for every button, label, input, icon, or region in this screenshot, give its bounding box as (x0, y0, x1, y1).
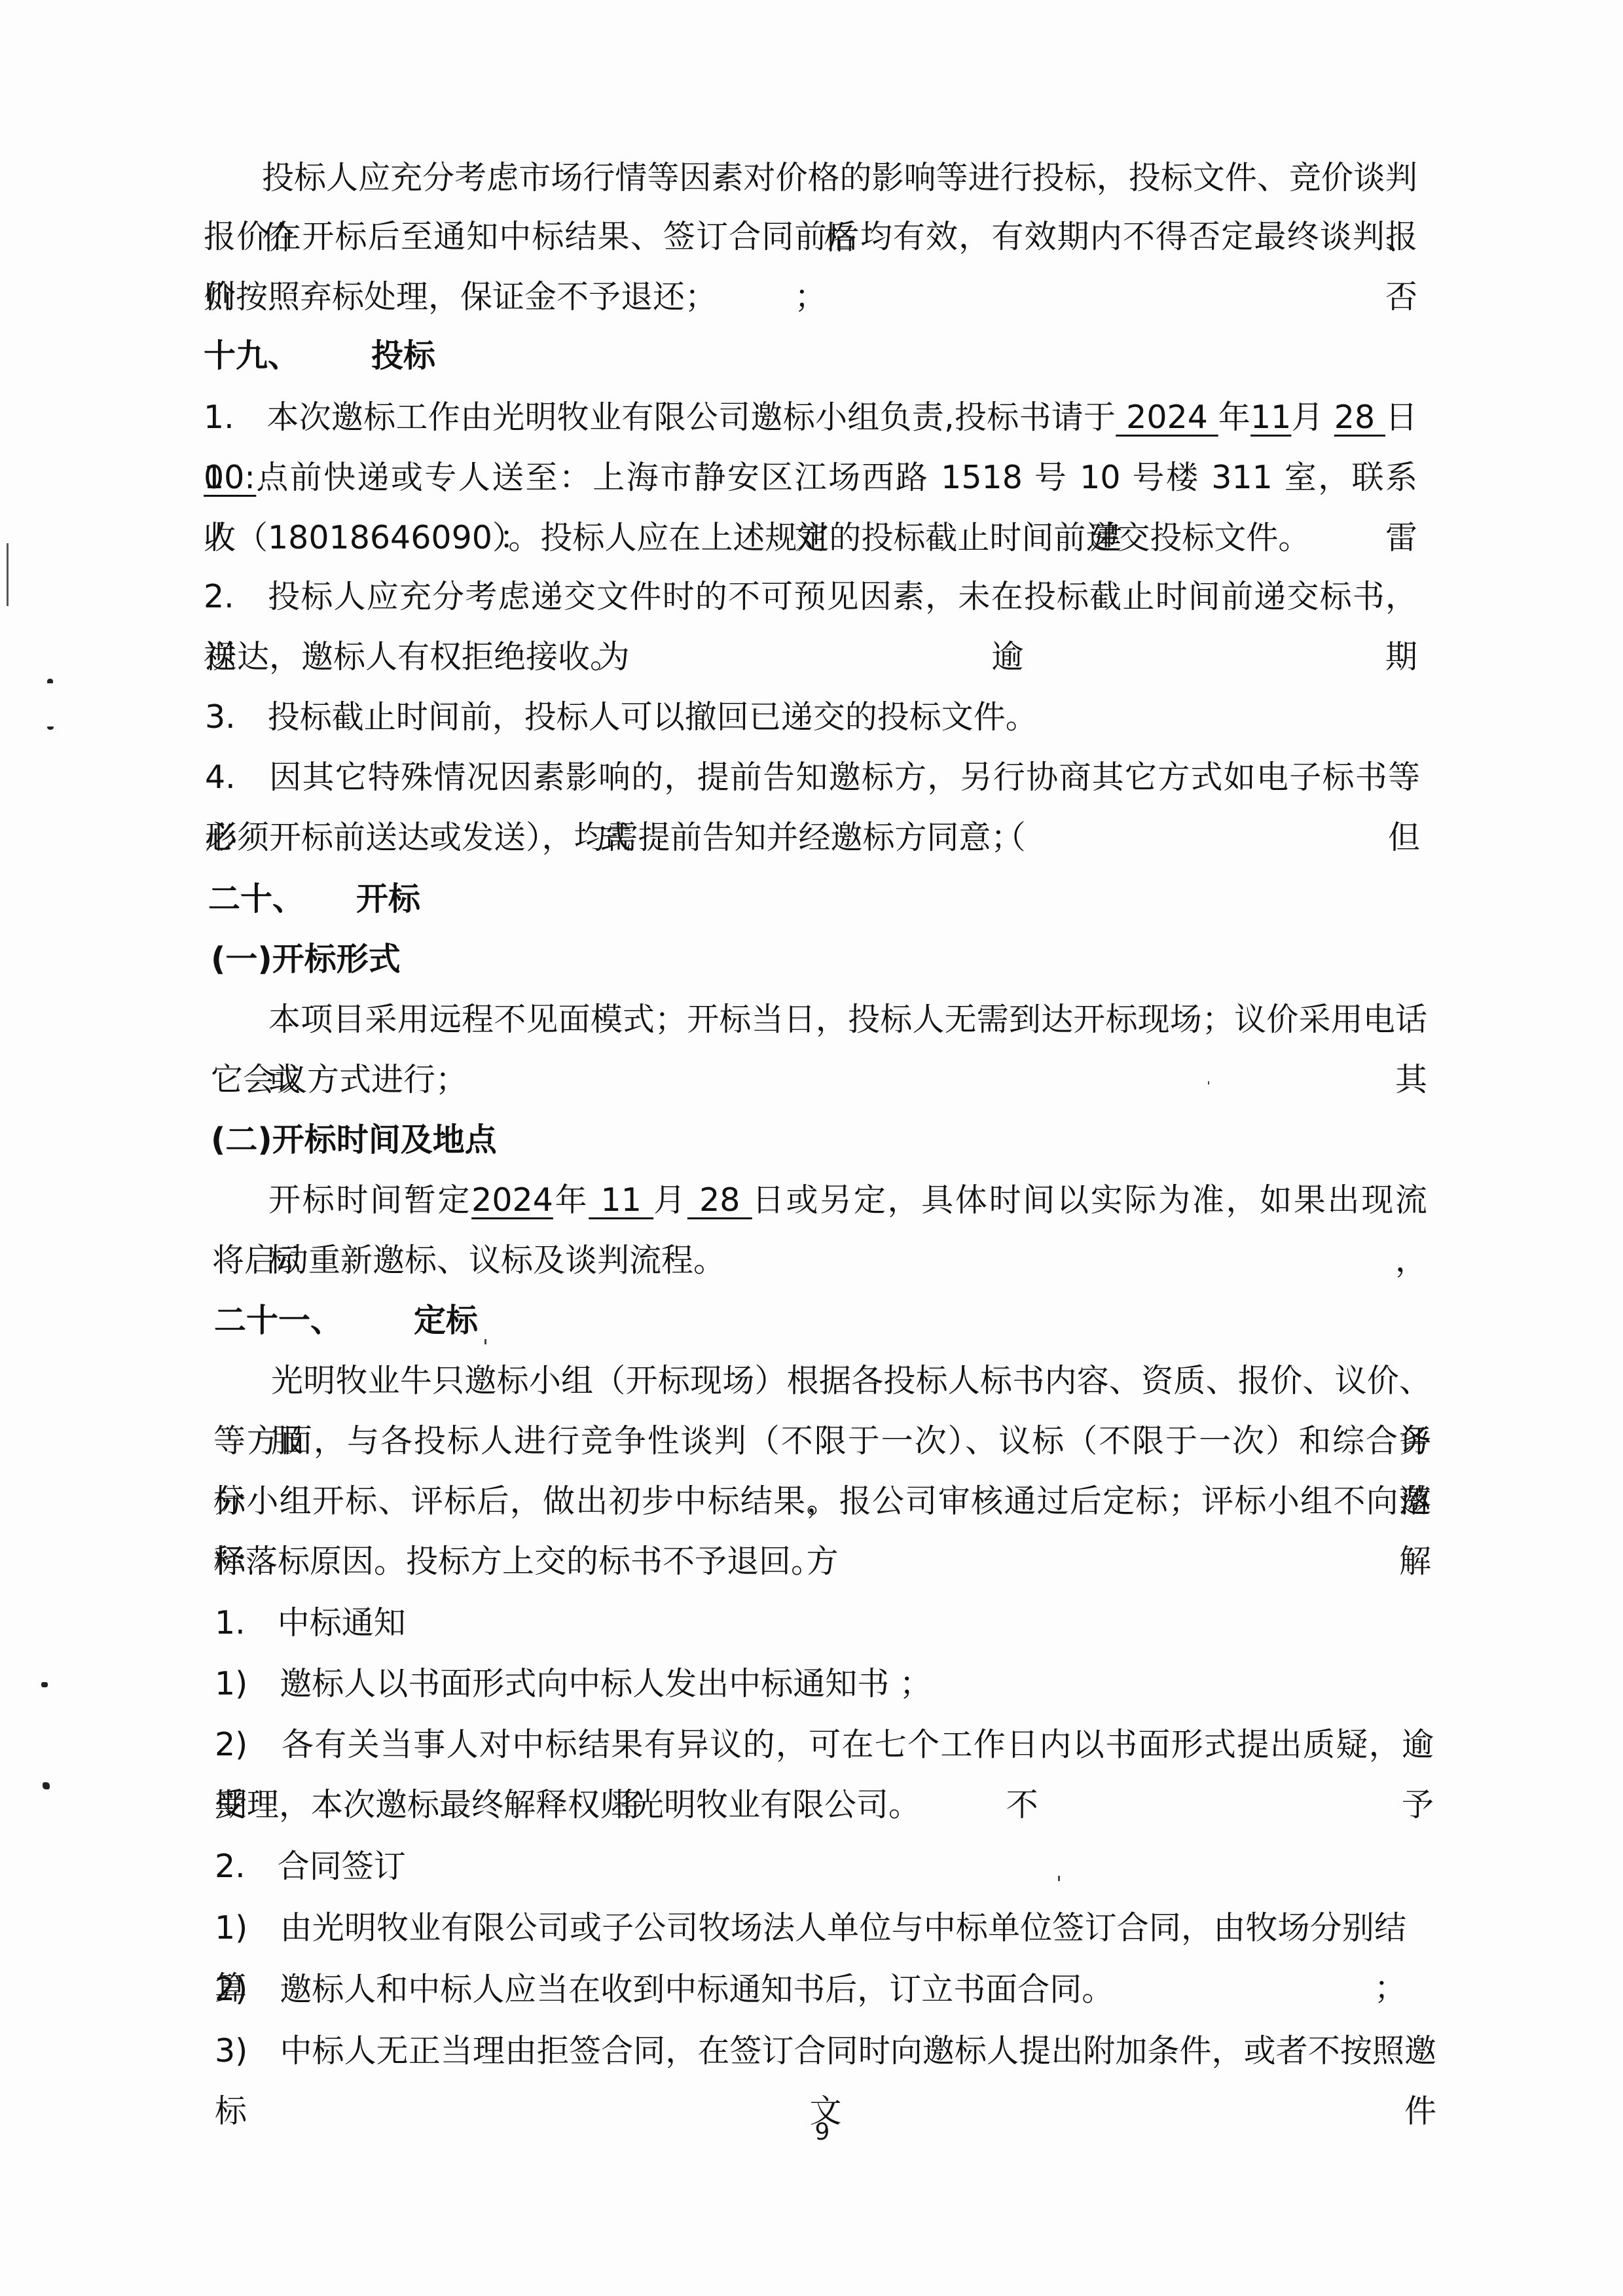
text-segment: 2. (215, 1848, 278, 1885)
paragraph-line: 必须开标前送达或发送），均需提前告知并经邀标方同意； (205, 808, 1023, 868)
text-segment: 收（18018646090）。投标人应在上述规定的投标截止时间前递交投标文件。 (204, 519, 1310, 556)
paragraph-line: 本项目采用远程不见面模式；开标当日，投标人无需到达开标现场；议价采用电话或其 (268, 990, 1427, 1050)
underlined-field: 28 (1334, 399, 1385, 436)
text-segment: 二十、 (208, 880, 304, 918)
paragraph-line: 将启动重新邀标、议标及谈判流程。 (212, 1230, 725, 1291)
section-heading-19: 十九、 投标 (204, 326, 435, 386)
text-segment: (二)开标时间及地点 (211, 1121, 497, 1158)
text-segment: 投标 (371, 337, 435, 374)
section-heading-20: 二十、 开标 (208, 869, 420, 929)
list-subitem: 1) 邀标人以书面形式向中标人发出中标通知书 ； (215, 1654, 932, 1714)
paragraph-line: 送达，邀标人有权拒绝接收。 (205, 627, 622, 687)
text-segment: 开标 (356, 880, 420, 918)
text-segment: 将启动重新邀标、议标及谈判流程。 (212, 1242, 725, 1279)
list-item-3: 3. 投标截止时间前，投标人可以撤回已递交的投标文件。 (205, 687, 1038, 747)
text-segment: 必须开标前送达或发送），均需提前告知并经邀标方同意； (205, 819, 1023, 856)
subsection-heading-2: (二)开标时间及地点 (211, 1110, 497, 1170)
text-segment: 1) (215, 1665, 280, 1702)
text-segment: 受理，本次邀标最终解释权归光明牧业有限公司。 (215, 1786, 921, 1823)
subsection-heading-1: (一)开标形式 (211, 929, 401, 990)
list-item-4: 4. 因其它特殊情况因素影响的，提前告知邀标方，另行协商其它方式如电子标书等形式… (205, 747, 1420, 808)
paragraph-line: 标小组开标、评标后，做出初步中标结果，报公司审核通过后定标；评标小组不向落标方解 (213, 1471, 1431, 1532)
text-segment (342, 1291, 414, 1351)
underlined-field: 2024 (471, 1181, 553, 1219)
paragraph-line: 报价在开标后至通知中标结果、签订合同前后均有效，有效期内不得否定最终谈判报价；否 (204, 207, 1417, 267)
paragraph-line: 光明牧业牛只邀标小组（开标现场）根据各投标人标书内容、资质、报价、议价、服务 (271, 1351, 1431, 1411)
paragraph-line: 开标时间暂定2024年 11 月 28 日或另定，具体时间以实际为准，如果出现流… (268, 1170, 1427, 1230)
text-segment: 送达，邀标人有权拒绝接收。 (205, 638, 622, 675)
text-segment: 3) 中标人无正当理由拒签合同，在签订合同时向邀标人提出附加条件，或者不按照邀标… (215, 2032, 1436, 2130)
document-page: 投标人应充分考虑市场行情等因素对价格的影响等进行投标，投标文件、竞价谈判价格、报… (0, 0, 1623, 2296)
page-number: 9 (805, 2118, 839, 2147)
scan-artifact-mark (43, 1782, 50, 1789)
scan-artifact-mark (47, 679, 53, 683)
text-segment: 中标通知 (278, 1604, 406, 1641)
text-segment (304, 869, 356, 929)
scan-artifact-mark (41, 1682, 48, 1687)
underlined-field: 11 (1250, 399, 1291, 436)
list-subitem: 3) 中标人无正当理由拒签合同，在签订合同时向邀标人提出附加条件，或者不按照邀标… (215, 2021, 1436, 2081)
text-segment: 1. (215, 1604, 278, 1641)
scan-speck (1058, 1876, 1060, 1881)
text-segment: 年 (1218, 399, 1250, 436)
scan-artifact-mark (47, 726, 54, 730)
paragraph-line: 则按照弃标处理，保证金不予退还； (204, 267, 717, 327)
text-segment: 则按照弃标处理，保证金不予退还； (204, 278, 717, 315)
list-subitem: 2) 邀标人和中标人应当在收到中标通知书后，订立书面合同。 (215, 1960, 1114, 2020)
list-subitem: 1) 由光明牧业有限公司或子公司牧场法人单位与中标单位签订合同，由牧场分别结算； (215, 1898, 1406, 1958)
paragraph-line: 投标人应充分考虑市场行情等因素对价格的影响等进行投标，投标文件、竞价谈判价格、 (262, 148, 1417, 208)
section-heading-21: 二十一、 定标 (214, 1291, 478, 1351)
list-heading-2: 2. 合同签订 (215, 1837, 406, 1897)
text-segment: 本次邀标工作由光明牧业有限公司邀标小组负责,投标书请于 (234, 399, 1116, 436)
underlined-field: 2024 (1116, 399, 1218, 436)
paragraph-line: 它会议方式进行； (211, 1050, 467, 1110)
paragraph-line: 收（18018646090）。投标人应在上述规定的投标截止时间前递交投标文件。 (204, 508, 1310, 568)
text-segment: 十九、 (204, 337, 300, 374)
scan-margin-line (7, 543, 9, 606)
scan-speck (484, 1339, 486, 1344)
text-segment: 二十一、 (214, 1302, 342, 1339)
underlined-field: 11 (589, 1181, 653, 1219)
paragraph-line: 受理，本次邀标最终解释权归光明牧业有限公司。 (215, 1775, 921, 1835)
text-segment: 它会议方式进行； (211, 1061, 467, 1098)
list-item-2: 2. 投标人应充分考虑递交文件时的不可预见因素，未在投标截止时间前递交标书，视为… (204, 567, 1417, 627)
text-segment: 1. (204, 399, 234, 436)
text-segment: (一)开标形式 (211, 941, 401, 978)
underlined-field: 28 (687, 1181, 752, 1219)
text-segment (300, 326, 371, 386)
paragraph-line: 00 点前快递或专人送至：上海市静安区江场西路 1518 号 10 号楼 311… (204, 448, 1417, 508)
text-segment: 3. 投标截止时间前，投标人可以撤回已递交的投标文件。 (205, 698, 1038, 736)
paragraph-line: 释落标原因。投标方上交的标书不予退回。 (213, 1532, 823, 1592)
text-segment: 月 (653, 1181, 687, 1219)
list-subitem: 2) 各有关当事人对中标结果有异议的，可在七个工作日内以书面形式提出质疑，逾期将… (215, 1715, 1434, 1775)
underlined-field: 00 (204, 459, 256, 496)
paragraph-line: 等方面，与各投标人进行竞争性谈判（不限于一次）、议标（不限于一次）和综合评分。邀 (213, 1411, 1431, 1471)
text-segment: 2) 邀标人和中标人应当在收到中标通知书后，订立书面合同。 (215, 1971, 1114, 2008)
text-segment: 开标时间暂定 (268, 1181, 471, 1219)
list-heading-1: 1. 中标通知 (215, 1593, 406, 1653)
list-item-1: 1. 本次邀标工作由光明牧业有限公司邀标小组负责,投标书请于 2024 年11月… (204, 387, 1417, 448)
text-segment: 定标 (414, 1302, 478, 1339)
text-segment: 月 (1291, 399, 1334, 436)
text-segment: 年 (553, 1181, 589, 1219)
text-segment: 释落标原因。投标方上交的标书不予退回。 (213, 1543, 823, 1580)
text-segment: 日 (1385, 399, 1417, 436)
text-segment: 邀标人以书面形式向中标人发出中标通知书 ； (280, 1665, 932, 1702)
text-segment: 合同签订 (278, 1848, 406, 1885)
